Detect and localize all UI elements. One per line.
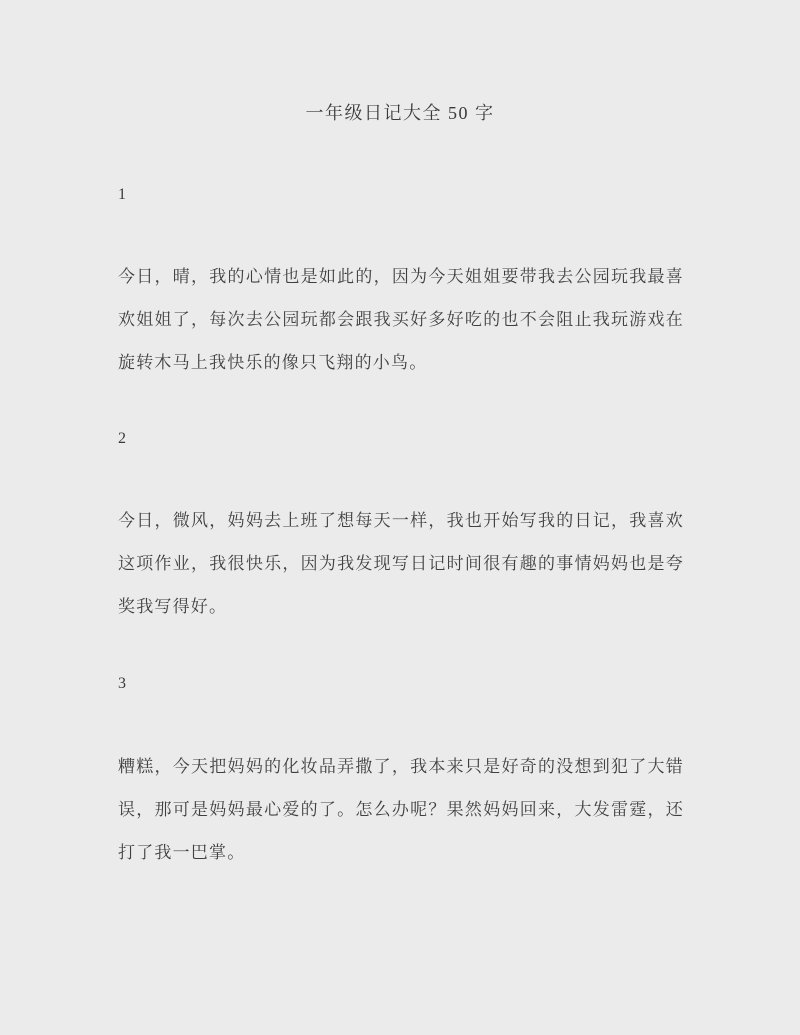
diary-entry-1-line-1: 今日，晴，我的心情也是如此的，因为今天姐姐要带我去公园玩我最喜 [118, 255, 684, 298]
document-page: 一年级日记大全 50 字 1 今日，晴，我的心情也是如此的，因为今天姐姐要带我去… [0, 0, 800, 1035]
diary-entry-2: 今日，微风，妈妈去上班了想每天一样，我也开始写我的日记，我喜欢 这项作业，我很快… [118, 499, 684, 628]
diary-entry-2-line-3: 奖我写得好。 [118, 585, 684, 628]
section-number-3: 3 [118, 675, 126, 693]
diary-entry-3: 糟糕，今天把妈妈的化妆品弄撒了，我本来只是好奇的没想到犯了大错 误，那可是妈妈最… [118, 745, 684, 874]
document-title: 一年级日记大全 50 字 [0, 102, 800, 124]
diary-entry-1-line-3: 旋转木马上我快乐的像只飞翔的小鸟。 [118, 341, 684, 384]
diary-entry-1: 今日，晴，我的心情也是如此的，因为今天姐姐要带我去公园玩我最喜 欢姐姐了，每次去… [118, 255, 684, 384]
diary-entry-1-line-2: 欢姐姐了，每次去公园玩都会跟我买好多好吃的也不会阻止我玩游戏在 [118, 298, 684, 341]
section-number-2: 2 [118, 430, 126, 448]
section-number-1: 1 [118, 186, 126, 204]
diary-entry-3-line-1: 糟糕，今天把妈妈的化妆品弄撒了，我本来只是好奇的没想到犯了大错 [118, 745, 684, 788]
diary-entry-3-line-3: 打了我一巴掌。 [118, 831, 684, 874]
diary-entry-2-line-2: 这项作业，我很快乐，因为我发现写日记时间很有趣的事情妈妈也是夸 [118, 542, 684, 585]
diary-entry-2-line-1: 今日，微风，妈妈去上班了想每天一样，我也开始写我的日记，我喜欢 [118, 499, 684, 542]
diary-entry-3-line-2: 误，那可是妈妈最心爱的了。怎么办呢？果然妈妈回来，大发雷霆，还 [118, 788, 684, 831]
